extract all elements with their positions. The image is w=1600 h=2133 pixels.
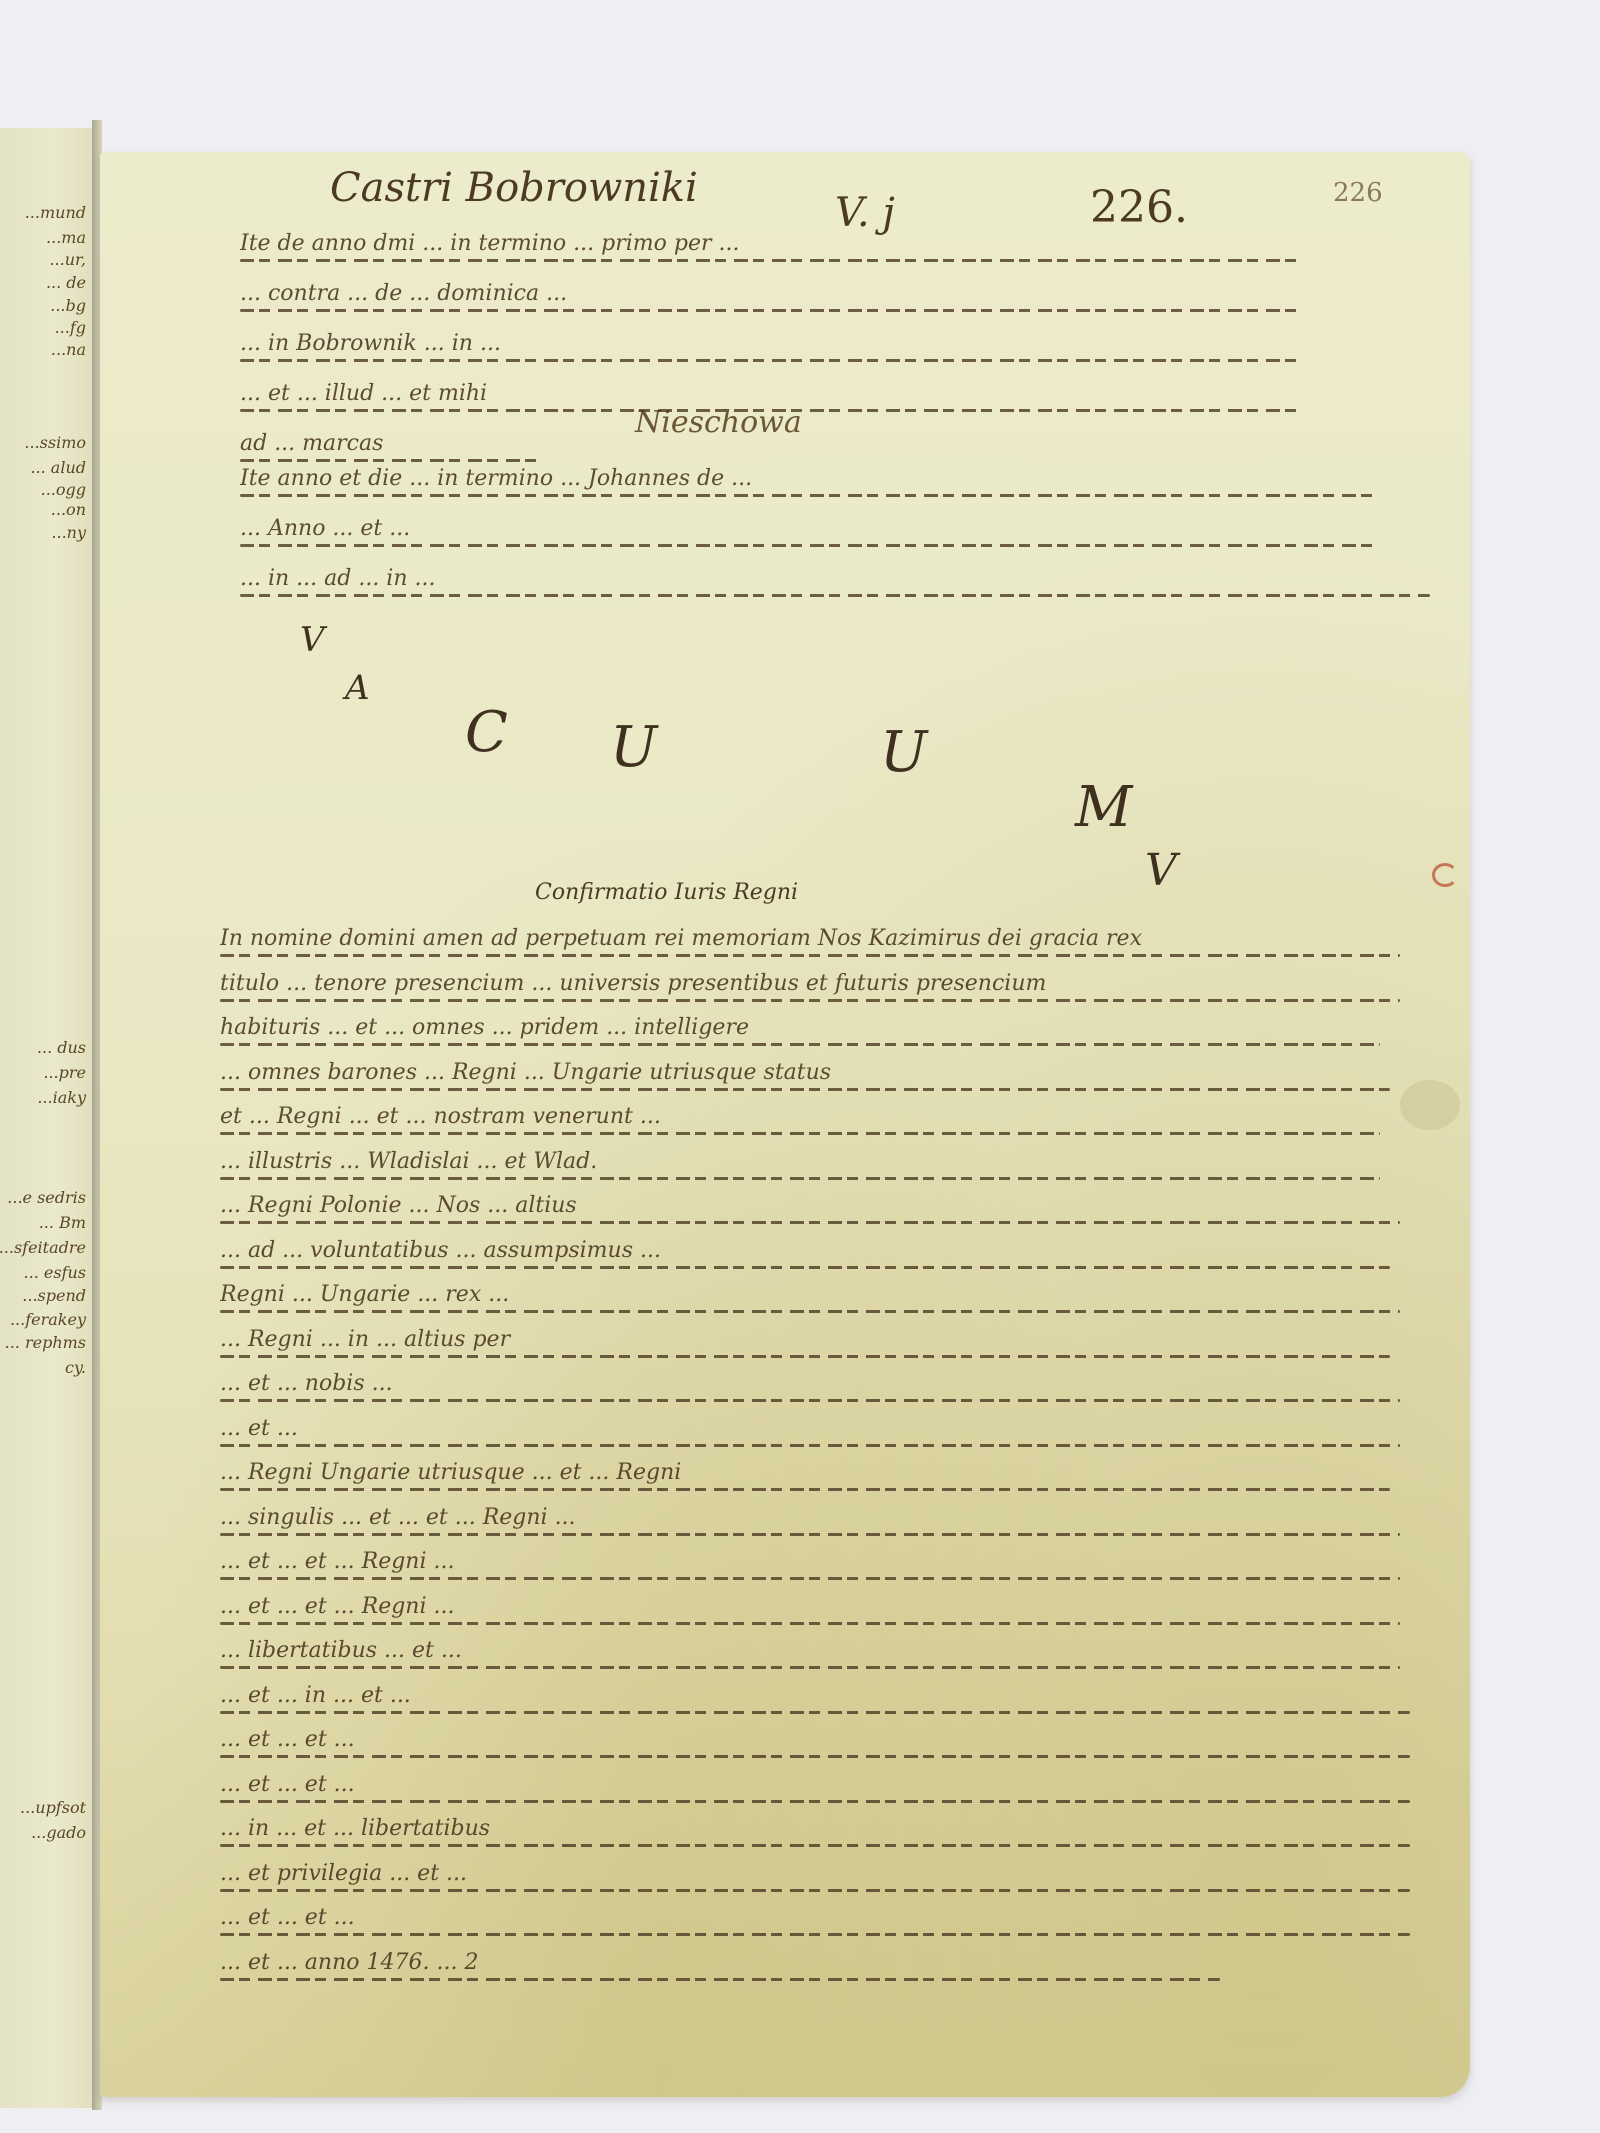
manuscript-text-line: ... et ... et ... Regni ...	[220, 1594, 1400, 1619]
marginal-letter: V	[1145, 845, 1177, 896]
facing-page-note: ...e sedris	[7, 1188, 86, 1207]
facing-page-note: ...ssimo	[24, 433, 86, 452]
handwriting-stroke	[220, 1622, 1400, 1625]
handwriting-stroke	[240, 494, 1380, 497]
manuscript-text-line: ... et ... anno 1476. ... 2	[220, 1950, 1220, 1975]
manuscript-text-line: ... et ... et ... Regni ...	[220, 1549, 1400, 1574]
manuscript-text-line: habituris ... et ... omnes ... pridem ..…	[220, 1015, 1380, 1040]
handwriting-stroke	[220, 1132, 1380, 1135]
facing-page-note: ...mund	[25, 203, 86, 222]
manuscript-text-line: titulo ... tenore presencium ... univers…	[220, 971, 1400, 996]
handwriting-stroke	[220, 1221, 1400, 1224]
facing-page-note: ... alud	[30, 458, 86, 477]
marginal-letter: C	[465, 700, 508, 765]
facing-page-note: ...bg	[50, 296, 86, 315]
manuscript-text-line: ... libertatibus ... et ...	[220, 1638, 1400, 1663]
manuscript-text-line: ... in ... et ... libertatibus	[220, 1816, 1410, 1841]
manuscript-text-line: ... illustris ... Wladislai ... et Wlad.	[220, 1149, 1380, 1174]
handwriting-stroke	[220, 1933, 1410, 1936]
marginal-letter: A	[345, 668, 370, 708]
manuscript-text-line: ... contra ... de ... dominica ...	[240, 281, 1300, 306]
facing-page-note: ...ogg	[41, 480, 86, 499]
facing-page-note: ... dus	[37, 1038, 86, 1057]
facing-page-note: ... Bm	[39, 1213, 86, 1232]
handwriting-stroke	[240, 459, 540, 462]
manuscript-text-line: In nomine domini amen ad perpetuam rei m…	[220, 926, 1400, 951]
handwriting-stroke	[220, 1399, 1400, 1402]
handwriting-stroke	[220, 1043, 1380, 1046]
facing-page-note: ...ferakey	[10, 1310, 86, 1329]
handwriting-stroke	[220, 1755, 1410, 1758]
handwriting-stroke	[220, 954, 1400, 957]
manuscript-text-line: ... singulis ... et ... et ... Regni ...	[220, 1505, 1400, 1530]
facing-page-note: ...ma	[46, 228, 86, 247]
handwriting-stroke	[240, 309, 1300, 312]
facing-page-note: ...on	[51, 500, 86, 519]
handwriting-stroke	[220, 1978, 1220, 1981]
facing-page-note: ...ur,	[49, 250, 86, 269]
handwriting-stroke	[220, 1355, 1390, 1358]
handwriting-stroke	[240, 259, 1300, 262]
handwriting-stroke	[220, 1577, 1400, 1580]
manuscript-text-line: Regni ... Ungarie ... rex ...	[220, 1282, 1400, 1307]
marginal-letter: U	[610, 715, 657, 780]
facing-page-note: ... de	[46, 273, 86, 292]
facing-page-note: ...pre	[43, 1063, 86, 1082]
manuscript-text-line: ... Anno ... et ...	[240, 516, 1380, 541]
manuscript-text-line: Ite anno et die ... in termino ... Johan…	[240, 466, 1380, 491]
manuscript-text-line: et ... Regni ... et ... nostram venerunt…	[220, 1104, 1380, 1129]
manuscript-text-line: ad ... marcas	[240, 431, 540, 456]
page-heading: Castri Bobrowniki	[330, 165, 698, 211]
manuscript-text-line: ... Regni ... in ... altius per	[220, 1327, 1390, 1352]
facing-page-note: ...spend	[22, 1286, 86, 1305]
facing-page: ...mund...ma...ur,... de...bg...fg...na.…	[0, 128, 94, 2108]
facing-page-note: cy.	[65, 1358, 86, 1377]
handwriting-stroke	[220, 1666, 1400, 1669]
manuscript-text-line: ... et ... nobis ...	[220, 1371, 1400, 1396]
manuscript-text-line: ... et privilegia ... et ...	[220, 1861, 1410, 1886]
water-stain	[1400, 1080, 1460, 1130]
handwriting-stroke	[220, 1800, 1410, 1803]
facing-page-note: ...sfeitadre	[0, 1238, 86, 1257]
manuscript-text-line: ... in ... ad ... in ...	[240, 566, 1430, 591]
handwriting-stroke	[220, 1310, 1400, 1313]
manuscript-text-line: ... in Bobrownik ... in ...	[240, 331, 1300, 356]
manuscript-text-line: ... et ... et ...	[220, 1772, 1410, 1797]
folio-number: 226.	[1090, 182, 1188, 233]
handwriting-stroke	[220, 1488, 1390, 1491]
facing-page-note: ... rephms	[5, 1333, 86, 1352]
handwriting-stroke	[220, 1177, 1380, 1180]
folio-number-pencil: 226	[1333, 178, 1383, 208]
handwriting-stroke	[240, 359, 1300, 362]
handwriting-stroke	[240, 409, 1300, 412]
handwriting-stroke	[220, 1266, 1390, 1269]
manuscript-text-line: ... Regni Ungarie utriusque ... et ... R…	[220, 1460, 1390, 1485]
facing-page-note: ...ny	[51, 523, 86, 542]
manuscript-text-line: ... et ... et ...	[220, 1905, 1410, 1930]
handwriting-stroke	[220, 999, 1400, 1002]
marginal-letter: V	[300, 620, 325, 660]
handwriting-stroke	[220, 1711, 1410, 1714]
handwriting-stroke	[240, 544, 1380, 547]
facing-page-note: ...gado	[31, 1823, 86, 1842]
manuscript-text-line: ... et ...	[220, 1416, 1400, 1441]
manuscript-text-line: ... omnes barones ... Regni ... Ungarie …	[220, 1060, 1390, 1085]
manuscript-text-line: ... Regni Polonie ... Nos ... altius	[220, 1193, 1400, 1218]
entry-heading-confirmatio: Confirmatio Iuris Regni	[535, 880, 798, 905]
marginal-letter: U	[880, 720, 927, 785]
manuscript-text-line: Ite de anno dmi ... in termino ... primo…	[240, 231, 1300, 256]
handwriting-stroke	[240, 594, 1430, 597]
manuscript-text-line: ... ad ... voluntatibus ... assumpsimus …	[220, 1238, 1390, 1263]
facing-page-note: ...iaky	[37, 1088, 86, 1107]
handwriting-stroke	[220, 1889, 1410, 1892]
ink-stain	[1432, 863, 1458, 887]
handwriting-stroke	[220, 1444, 1400, 1447]
manuscript-text-line: ... et ... illud ... et mihi	[240, 381, 1300, 406]
header-mark: V. j	[835, 190, 895, 236]
manuscript-text-line: ... et ... in ... et ...	[220, 1683, 1410, 1708]
facing-page-note: ...upfsot	[20, 1798, 86, 1817]
manuscript-text-line: ... et ... et ...	[220, 1727, 1410, 1752]
facing-page-note: ...fg	[55, 318, 86, 337]
handwriting-stroke	[220, 1088, 1390, 1091]
facing-page-note: ...na	[51, 340, 86, 359]
facing-page-note: ... esfus	[24, 1263, 86, 1282]
handwriting-stroke	[220, 1844, 1410, 1847]
handwriting-stroke	[220, 1533, 1400, 1536]
marginal-letter: M	[1075, 775, 1132, 840]
